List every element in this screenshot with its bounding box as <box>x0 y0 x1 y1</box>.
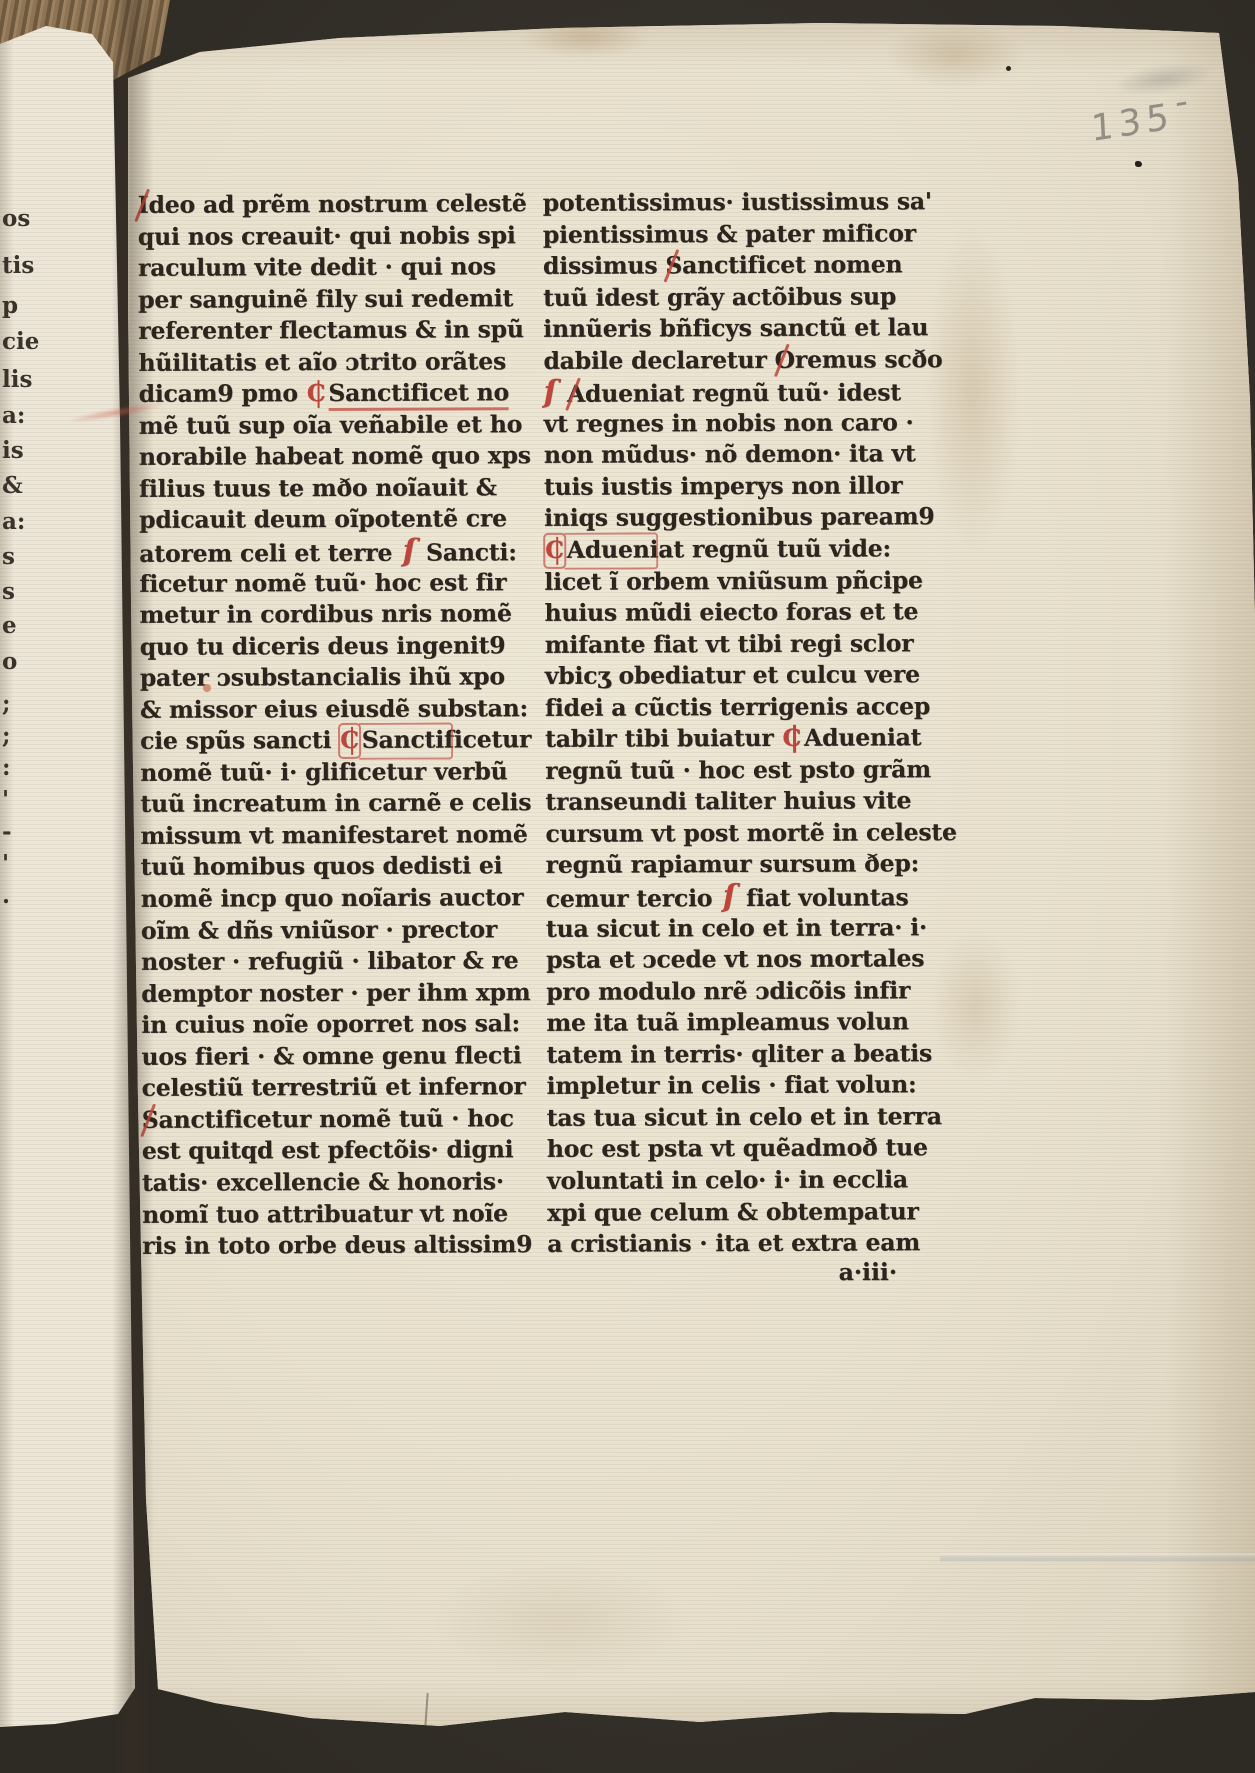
text-line: ficetur nomẽ tuũ· hoc est fir <box>139 567 531 600</box>
text-segment: ris in toto orbe deus altissim9 <box>142 1230 532 1260</box>
text-line: referenter flectamus & in spũ <box>138 314 530 347</box>
page-number-annotation: 135 <box>1089 80 1194 150</box>
margin-fragment: s <box>2 543 15 570</box>
text-segment: norabile habeat nomẽ quo xps <box>139 442 531 472</box>
margin-fragment: . <box>2 882 10 909</box>
text-segment: qui nos creauit· qui nobis spi <box>138 221 516 251</box>
text-line: CAdueniat regnũ tuũ vide: <box>544 533 955 566</box>
text-line: hũilitatis et aĩo ɔtrito orãtes <box>138 346 530 379</box>
text-segment: tua sicut in celo et in terra· i· <box>546 913 927 943</box>
margin-fragment: is <box>2 437 24 464</box>
text-line: regnũ rapiamur sursum ðep: <box>546 849 957 882</box>
text-line: celestiũ terrestriũ et infernor <box>142 1071 534 1104</box>
text-segment: xpi que celum & obtempatur <box>547 1197 919 1227</box>
text-segment: nomẽ tuũ· i· glificetur verbũ <box>140 757 507 787</box>
text-segment: in cuius noĩe oporret nos sal: <box>141 1009 520 1039</box>
text-line: nomẽ tuũ· i· glificetur verbũ <box>140 756 532 789</box>
text-segment: I <box>138 190 149 222</box>
text-line: non mũdus· nõ demon· ita vt <box>544 438 955 471</box>
paraph-mark: ſ <box>392 533 426 569</box>
photograph-background: { "document": { "page_number": "135", "s… <box>0 0 1255 1773</box>
text-line: licet ĩ orbem vniũsum pñcipe <box>544 565 955 598</box>
margin-fragment: o <box>2 648 17 675</box>
text-segment: potentissimus· iustissimus sa' <box>543 187 932 217</box>
text-segment: tas tua sicut in celo et in terra <box>547 1102 942 1132</box>
text-segment: quo tu diceris deus ingenit9 <box>140 631 506 661</box>
text-line: demptor noster · per ihm xpm <box>141 977 533 1010</box>
text-segment: nomẽ incp quo noĩaris auctor <box>141 883 524 913</box>
text-line: metur in cordibus nris nomẽ <box>139 598 531 631</box>
text-segment: tuũ homibus quos dedisti ei <box>141 852 503 882</box>
text-line: nomĩ tuo attribuatur vt noĩe <box>142 1198 534 1231</box>
text-segment: voluntati in celo· i· in ecclia <box>547 1165 908 1195</box>
text-segment: me ita tuã impleamus volun <box>546 1008 909 1038</box>
text-segment: impletur in celis · fiat volun: <box>547 1071 917 1101</box>
text-segment: pro modulo nrẽ ɔdicõis infir <box>546 976 910 1006</box>
text-line: raculum vite dedit · qui nos <box>138 251 530 284</box>
text-line: tatis· excellencie & honoris· <box>142 1166 534 1199</box>
text-line: ris in toto orbe deus altissim9 <box>142 1229 534 1262</box>
text-segment: anctificetur nomẽ tuũ · hoc <box>158 1104 513 1134</box>
text-segment: cie spũs sancti <box>140 726 339 755</box>
capitulum-mark: C <box>545 535 564 567</box>
text-line: ſ Adueniat regnũ tuũ· idest <box>543 375 954 408</box>
text-segment: & missor eius eiusdẽ substan: <box>140 694 528 724</box>
text-segment: deo ad prẽm nostrum celestẽ <box>148 189 526 219</box>
text-segment: est quitqd est pfectõis· digni <box>142 1136 514 1166</box>
paper-crease <box>940 1553 1255 1563</box>
text-segment: pater ɔsubstancialis ihũ xpo <box>140 662 505 692</box>
text-line: uos fieri · & omne genu flecti <box>141 1040 533 1073</box>
text-line: huius mũdi eiecto foras et te <box>544 596 955 629</box>
text-line: potentissimus· iustissimus sa' <box>543 186 954 219</box>
text-segment: Adueniat <box>804 724 921 753</box>
text-line: missum vt manifestaret nomẽ <box>140 819 532 852</box>
margin-fragment: a: <box>2 508 25 535</box>
ink-speck <box>1006 66 1011 71</box>
text-line: voluntati in celo· i· in ecclia <box>547 1164 958 1197</box>
text-line: cursum vt post mortẽ in celeste <box>545 817 956 850</box>
text-segment: demptor noster · per ihm xpm <box>141 978 530 1008</box>
ink-speck <box>1135 161 1142 167</box>
text-segment: oĩm & dñs vniũsor · prector <box>141 915 497 945</box>
text-line: a cristianis · ita et extra eam <box>547 1227 958 1260</box>
paper-crack <box>423 1693 428 1741</box>
text-line: tuũ increatum in carnẽ e celis <box>140 788 532 821</box>
text-line: tuis iustis imperys non illor <box>544 470 955 503</box>
margin-fragment: ' <box>2 850 9 877</box>
text-segment: metur in cordibus nris nomẽ <box>139 599 511 629</box>
quire-signature: a·iii· <box>545 1258 897 1286</box>
text-line: innũeris bñficys sanctũ et lau <box>543 312 954 345</box>
text-line: iniqs suggestionibus paream9 <box>544 502 955 535</box>
text-column-right: potentissimus· iustissimus sa'pientissim… <box>543 186 959 1260</box>
text-line: tuũ homibus quos dedisti ei <box>141 851 533 884</box>
paraph-mark: Sanctificet no <box>328 379 509 412</box>
text-segment: a cristianis · ita et extra eam <box>547 1228 920 1258</box>
text-segment: nomĩ tuo attribuatur vt noĩe <box>142 1199 508 1229</box>
margin-fragment: ; <box>2 690 11 717</box>
text-segment: pdicauit deum oĩpotentẽ cre <box>139 505 507 535</box>
text-segment: anctificet nomen <box>682 250 902 279</box>
text-line: pdicauit deum oĩpotentẽ cre <box>139 504 531 537</box>
text-segment: tuũ idest grãy actõibus sup <box>543 282 896 312</box>
text-line: dabile declaretur Oremus scðo <box>543 344 954 377</box>
text-segment: atorem celi et terre <box>139 539 392 568</box>
text-line: dissimus Sanctificet nomen <box>543 249 954 282</box>
text-line: tuũ idest grãy actõibus sup <box>543 281 954 314</box>
capitulum-mark: C <box>307 378 326 410</box>
margin-fragment: p <box>2 292 18 319</box>
text-line: Ideo ad prẽm nostrum celestẽ <box>138 188 530 221</box>
stain <box>880 20 1030 90</box>
margin-fragment: : <box>2 754 11 781</box>
text-line: xpi que celum & obtempatur <box>547 1196 958 1229</box>
text-segment: vt regnes in nobis non caro · <box>544 408 914 438</box>
text-line: vt regnes in nobis non caro · <box>544 407 955 440</box>
text-segment: mẽ tuũ sup oĩa veñabile et ho <box>139 410 523 440</box>
text-segment: cemur tercio <box>546 884 713 913</box>
text-segment: referenter flectamus & in spũ <box>138 315 524 345</box>
text-line: est quitqd est pfectõis· digni <box>142 1135 534 1168</box>
text-segment: raculum vite dedit · qui nos <box>138 252 496 282</box>
text-segment: iniqs suggestionibus paream9 <box>544 503 935 533</box>
text-line: impletur in celis · fiat volun: <box>547 1069 958 1102</box>
text-segment: tuis iustis imperys non illor <box>544 471 903 501</box>
text-segment: noster · refugiũ · libator & re <box>141 946 518 976</box>
text-segment: huius mũdi eiecto foras et te <box>544 597 918 627</box>
text-segment: A <box>567 379 585 411</box>
text-line: regnũ tuũ · hoc est psto grãm <box>545 754 956 787</box>
text-segment: ficetur nomẽ tuũ· hoc est fir <box>139 568 506 598</box>
text-line: quo tu diceris deus ingenit9 <box>140 630 532 663</box>
text-line: qui nos creauit· qui nobis spi <box>138 220 530 253</box>
text-line: mifante fiat vt tibi regi sclor <box>545 628 956 661</box>
margin-fragment: & <box>2 472 23 499</box>
red-speck <box>203 684 211 692</box>
margin-fragment: ' <box>2 786 9 813</box>
text-column-left: Ideo ad prẽm nostrum celestẽqui nos crea… <box>138 188 535 1262</box>
text-line: cie spũs sancti CSanctificetur <box>140 724 532 757</box>
text-segment: per sanguinẽ fily sui redemit <box>138 284 513 314</box>
text-line: filius tuus te mðo noĩauit & <box>139 472 531 505</box>
margin-fragment: e <box>2 612 17 639</box>
text-segment: Sancti: <box>426 538 517 566</box>
text-segment: missum vt manifestaret nomẽ <box>140 820 527 850</box>
capitulum-mark: C <box>340 725 359 757</box>
paraph-mark: ſ <box>543 374 567 410</box>
text-line: tua sicut in celo et in terra· i· <box>546 912 957 945</box>
text-segment: fiat voluntas <box>746 883 909 912</box>
text-segment: fidei a cũctis terrigenis accep <box>545 692 930 722</box>
text-segment: tatem in terris· qliter a beatis <box>546 1039 932 1069</box>
margin-fragment: cie <box>2 328 39 355</box>
text-line: hoc est psta vt quẽadmoð tue <box>547 1133 958 1166</box>
margin-fragment: ; <box>2 722 11 749</box>
text-segment: regnũ tuũ · hoc est psto grãm <box>545 755 931 785</box>
text-line: atorem celi et terre ſ Sancti: <box>139 535 531 568</box>
text-segment: S <box>665 250 682 282</box>
text-line: nomẽ incp quo noĩaris auctor <box>141 882 533 915</box>
text-line: oĩm & dñs vniũsor · prector <box>141 914 533 947</box>
text-segment: regnũ rapiamur sursum ðep: <box>546 850 920 880</box>
margin-fragment: - <box>2 818 12 845</box>
text-line: pater ɔsubstancialis ihũ xpo <box>140 661 532 694</box>
text-line: pientissimus & pater mificor <box>543 218 954 251</box>
text-segment: mifante fiat vt tibi regi sclor <box>545 629 914 659</box>
text-segment: non mũdus· nõ demon· ita vt <box>544 440 916 470</box>
text-segment: filius tuus te mðo noĩauit & <box>139 473 497 503</box>
stain <box>520 16 650 58</box>
text-line: noster · refugiũ · libator & re <box>141 945 533 978</box>
text-line: tatem in terris· qliter a beatis <box>546 1038 957 1071</box>
text-line: per sanguinẽ fily sui redemit <box>138 283 530 316</box>
text-segment: dissimus <box>543 251 665 280</box>
text-segment: S <box>142 1105 159 1137</box>
manuscript-page: 135 Ideo ad prẽm nostrum celestẽqui nos … <box>0 0 1255 1773</box>
text-line: dicam9 pmo CSanctificet no <box>138 377 530 410</box>
text-line: & missor eius eiusdẽ substan: <box>140 693 532 726</box>
text-segment: psta et ɔcede vt nos mortales <box>546 944 924 974</box>
text-segment: hũilitatis et aĩo ɔtrito orãtes <box>138 347 506 377</box>
margin-fragment: a: <box>2 402 25 429</box>
text-line: pro modulo nrẽ ɔdicõis infir <box>546 975 957 1008</box>
text-segment: remus scðo <box>795 345 943 374</box>
text-line: Sanctificetur nomẽ tuũ · hoc <box>142 1103 534 1136</box>
text-line: mẽ tuũ sup oĩa veñabile et ho <box>139 409 531 442</box>
text-line: psta et ɔcede vt nos mortales <box>546 943 957 976</box>
text-segment: dabile declaretur <box>543 346 774 375</box>
text-segment: vbicʒ obediatur et culcu vere <box>545 660 920 690</box>
text-segment: tabilr tibi buiatur <box>545 724 782 753</box>
text-segment: tatis· excellencie & honoris· <box>142 1167 504 1197</box>
text-line: cemur tercio ſ fiat voluntas <box>546 880 957 913</box>
text-segment: uos fieri · & omne genu flecti <box>141 1041 521 1071</box>
text-line: transeundi taliter huius vite <box>545 785 956 818</box>
stain <box>430 1560 690 1680</box>
text-segment: transeundi taliter huius vite <box>545 787 911 817</box>
text-line: tabilr tibi buiatur CAdueniat <box>545 722 956 755</box>
text-segment: cursum vt post mortẽ in celeste <box>545 818 956 848</box>
margin-fragment: s <box>2 578 15 605</box>
text-line: fidei a cũctis terrigenis accep <box>545 691 956 724</box>
text-segment: pientissimus & pater mificor <box>543 219 916 249</box>
text-segment: tuũ increatum in carnẽ e celis <box>140 789 531 819</box>
text-segment: hoc est psta vt quẽadmoð tue <box>547 1134 928 1164</box>
text-segment: celestiũ terrestriũ et infernor <box>142 1072 526 1102</box>
capitulum-mark: C <box>782 723 801 755</box>
text-line: tas tua sicut in celo et in terra <box>547 1101 958 1134</box>
text-segment: dueniat regnũ tuũ· idest <box>585 379 901 408</box>
text-line: vbicʒ obediatur et culcu vere <box>545 659 956 692</box>
text-line: norabile habeat nomẽ quo xps <box>139 441 531 474</box>
margin-fragment: tis <box>2 252 34 279</box>
paraph-mark: ſ <box>712 878 746 914</box>
margin-fragment: os <box>2 205 30 232</box>
text-segment: licet ĩ orbem vniũsum pñcipe <box>544 566 923 596</box>
text-segment: O <box>775 345 795 377</box>
text-segment: innũeris bñficys sanctũ et lau <box>543 313 928 343</box>
margin-fragment: lis <box>2 366 32 393</box>
text-line: me ita tuã impleamus volun <box>546 1006 957 1039</box>
text-line: in cuius noĩe oporret nos sal: <box>141 1008 533 1041</box>
